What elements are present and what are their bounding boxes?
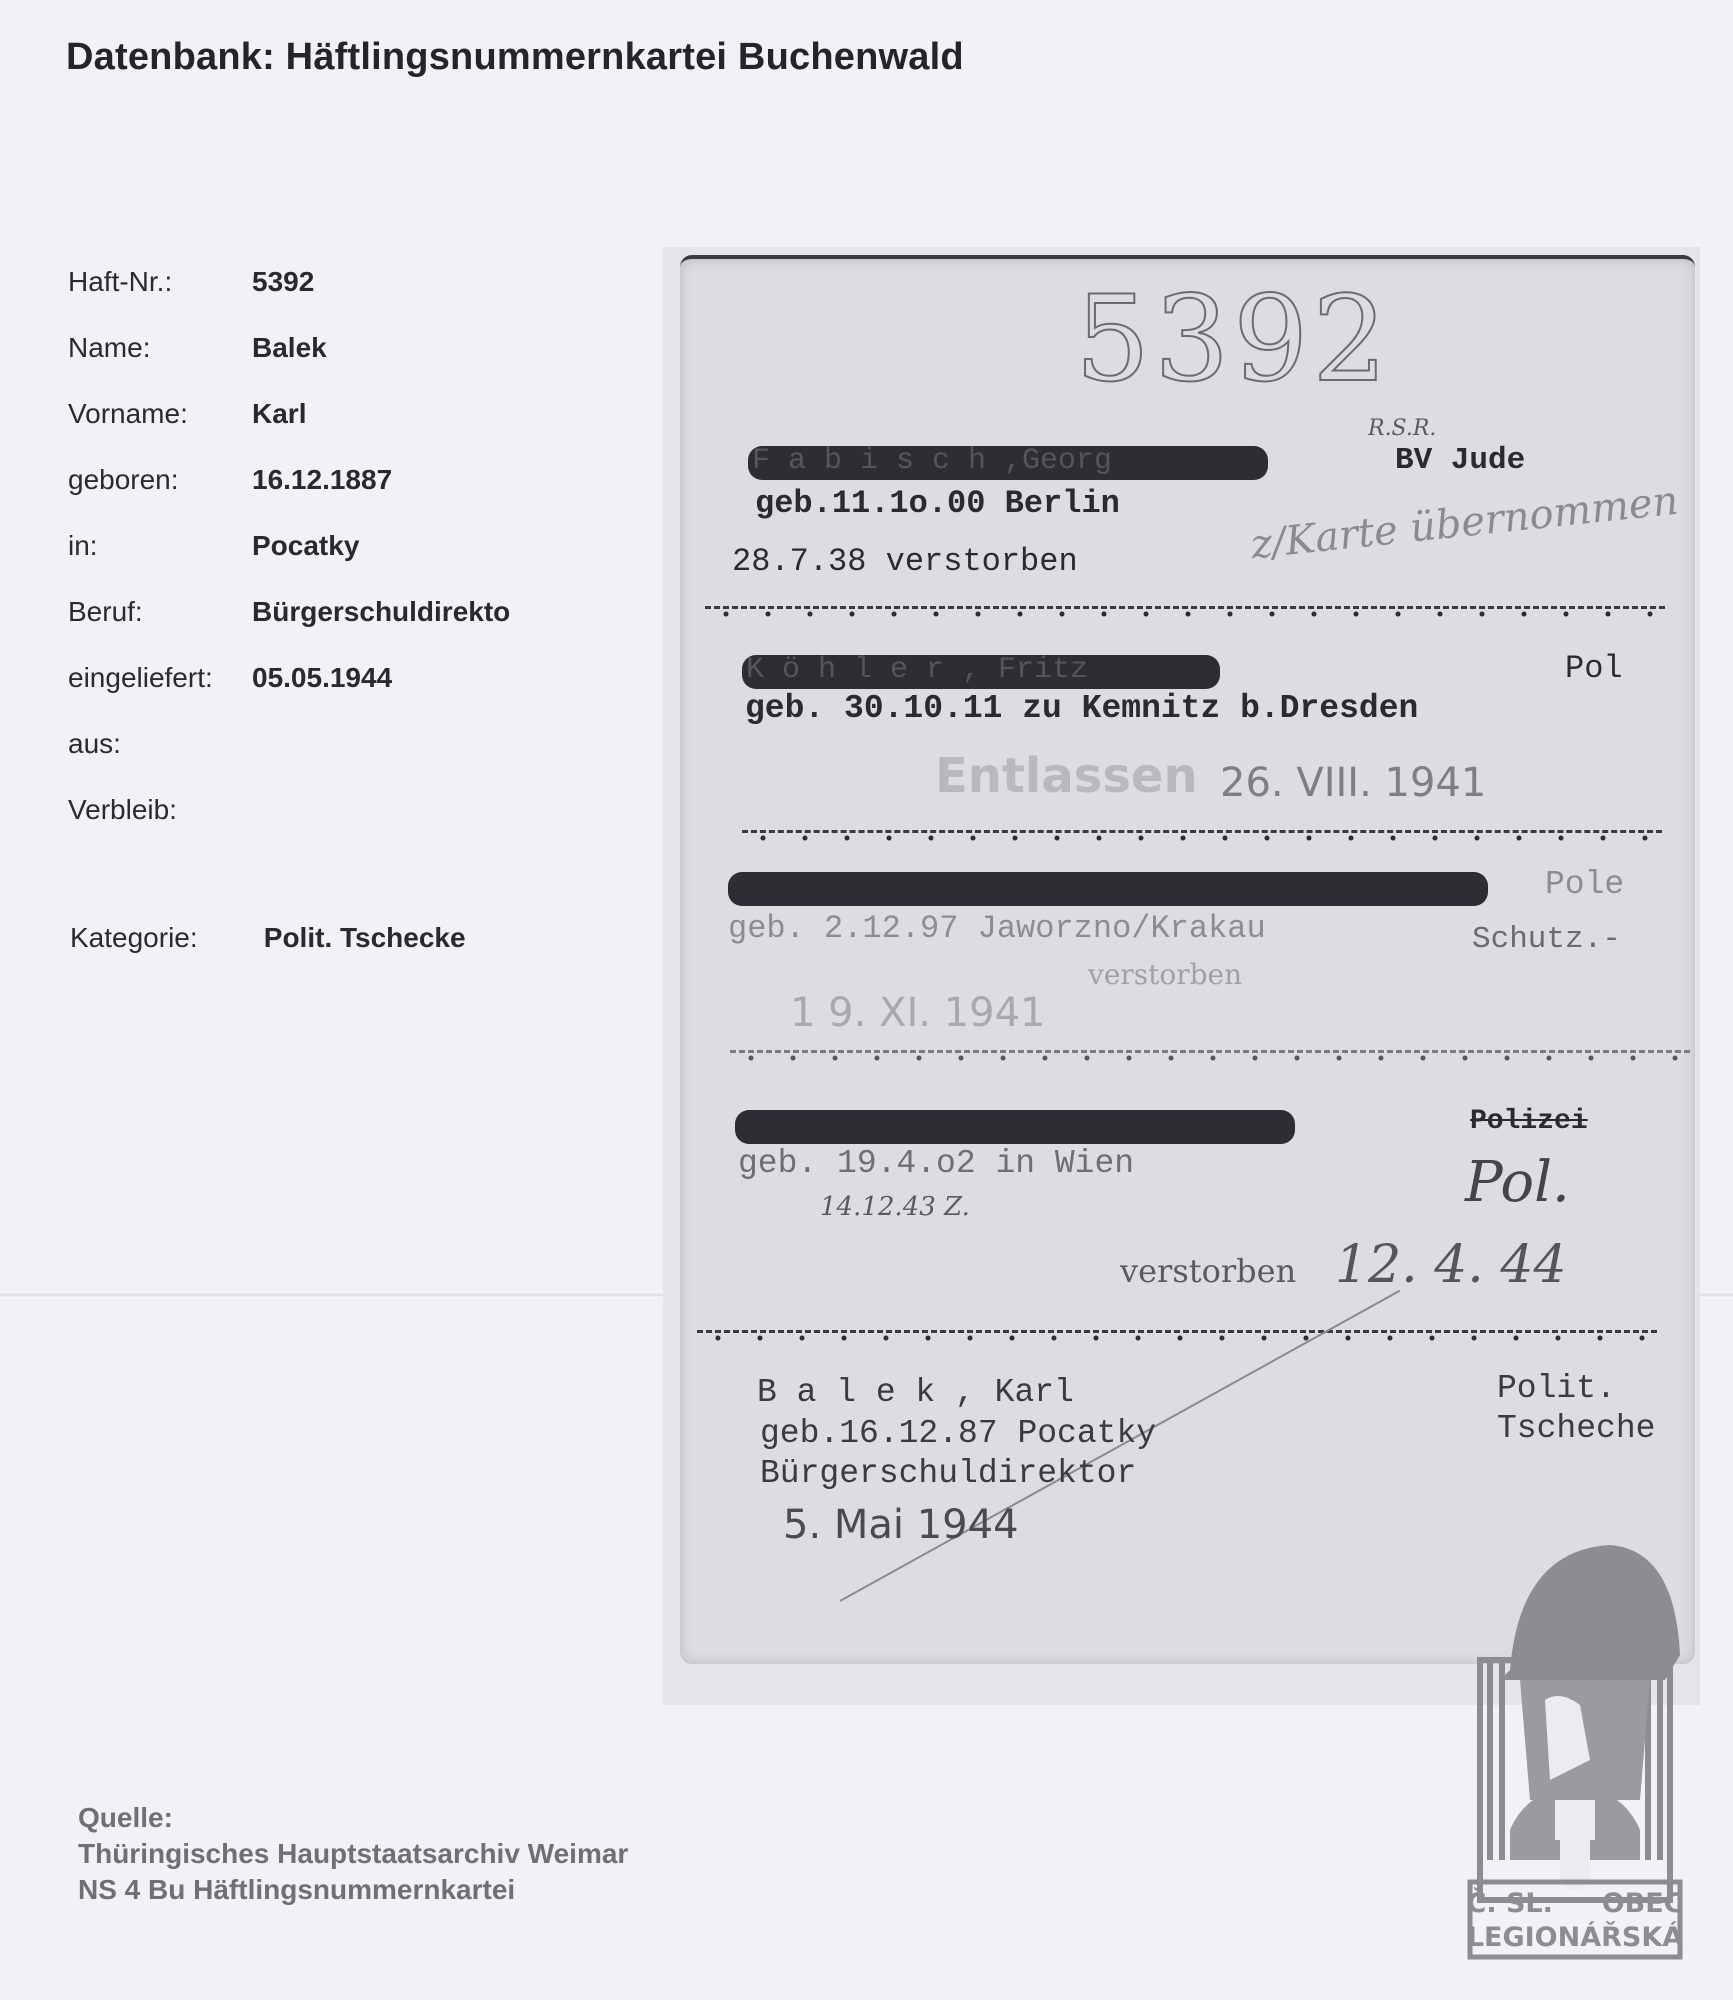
card-entry-1-name: F a b i s c h ,Georg [752, 444, 1112, 478]
card-separator [705, 606, 1665, 619]
card-entry-2-stamp-date: 26. VIII. 1941 [1220, 760, 1486, 806]
field-label: in: [68, 526, 98, 566]
field-label: Name: [68, 328, 150, 368]
legion-logo: Č. SL. OBEC LEGIONÁŘSKÁ [1450, 1530, 1700, 1960]
card-entry-3-born: geb. 2.12.97 Jaworzno/Krakau [728, 910, 1266, 947]
logo-text-line2: LEGIONÁŘSKÁ [1450, 1922, 1700, 1953]
source-archive: Thüringisches Hauptstaatsarchiv Weimar [78, 1836, 628, 1872]
card-entry-1-category: BV Jude [1395, 443, 1525, 478]
card-entry-5-name: B a l e k , Karl [757, 1374, 1074, 1411]
source-reference: NS 4 Bu Häftlingsnummernkartei [78, 1872, 628, 1908]
card-entry-1-note: 28.7.38 verstorben [732, 543, 1078, 580]
field-kategorie: Kategorie: Polit. Tschecke [70, 918, 466, 958]
card-entry-4-born: geb. 19.4.o2 in Wien [738, 1145, 1134, 1182]
field-label: eingeliefert: [68, 658, 213, 698]
field-label: aus: [68, 724, 121, 764]
redaction-bar [728, 872, 1488, 906]
card-entry-2-category: Pol [1565, 650, 1623, 687]
field-value: Pocatky [252, 526, 359, 566]
field-label: Haft-Nr.: [68, 262, 172, 302]
field-value: 05.05.1944 [252, 658, 392, 698]
card-entry-3-stamp-word: verstorben [1088, 958, 1242, 991]
card-entry-4-stamp-word: verstorben [1120, 1252, 1296, 1290]
field-value: Karl [252, 394, 306, 434]
card-number-stamp: 5392 [1075, 270, 1391, 408]
card-entry-3-category: Pole [1545, 866, 1624, 903]
field-value: 16.12.1887 [252, 460, 392, 500]
card-entry-3-category-2: Schutz.- [1472, 922, 1621, 957]
card-entry-4-category-hand: Pol. [1465, 1150, 1570, 1215]
card-entry-5-category-2: Tscheche [1497, 1410, 1655, 1447]
field-value: Bürgerschuldirekto [252, 592, 510, 632]
card-entry-4-death-date: 12. 4. 44 [1335, 1235, 1567, 1295]
card-entry-2-stamp-word: Entlassen [935, 748, 1198, 804]
field-value: Balek [252, 328, 327, 368]
card-entry-1-category-hand: R.S.R. [1368, 416, 1436, 441]
card-entry-5-profession: Bürgerschuldirektor [760, 1455, 1136, 1492]
card-entry-3-stamp-date: 1 9. XI. 1941 [790, 990, 1045, 1036]
field-value: Polit. Tschecke [264, 918, 466, 958]
field-label: geboren: [68, 460, 179, 500]
field-label: Verbleib: [68, 790, 177, 830]
source-label: Quelle: [78, 1800, 628, 1836]
page-title: Datenbank: Häftlingsnummernkartei Buchen… [66, 36, 964, 79]
source-citation: Quelle: Thüringisches Hauptstaatsarchiv … [78, 1800, 628, 1908]
struck-category: Polizei [1470, 1106, 1588, 1137]
card-entry-5-born: geb.16.12.87 Pocatky [760, 1415, 1156, 1452]
card-entry-1-born: geb.11.1o.00 Berlin [755, 485, 1120, 522]
redaction-bar [735, 1110, 1295, 1144]
card-entry-5-category-1: Polit. [1497, 1370, 1616, 1407]
field-label: Vorname: [68, 394, 188, 434]
card-entry-4-hand-date: 14.12.43 Z. [820, 1192, 970, 1222]
logo-text-cs: Č. SL. [1467, 1888, 1553, 1919]
logo-text-obec: OBEC [1602, 1888, 1684, 1919]
card-entry-2-name: K ö h l e r , Fritz [746, 653, 1088, 687]
field-label: Kategorie: [70, 918, 256, 958]
card-separator [697, 1330, 1657, 1343]
logo-text-line1: Č. SL. OBEC [1450, 1888, 1700, 1919]
card-entry-5-stamp-date: 5. Mai 1944 [783, 1502, 1019, 1548]
card-separator [730, 1050, 1690, 1063]
card-entry-4-category-struck: Polizei [1470, 1106, 1588, 1137]
card-entry-2-born: geb. 30.10.11 zu Kemnitz b.Dresden [745, 690, 1418, 727]
field-value: 5392 [252, 262, 314, 302]
field-label: Beruf: [68, 592, 143, 632]
card-separator [742, 830, 1662, 843]
